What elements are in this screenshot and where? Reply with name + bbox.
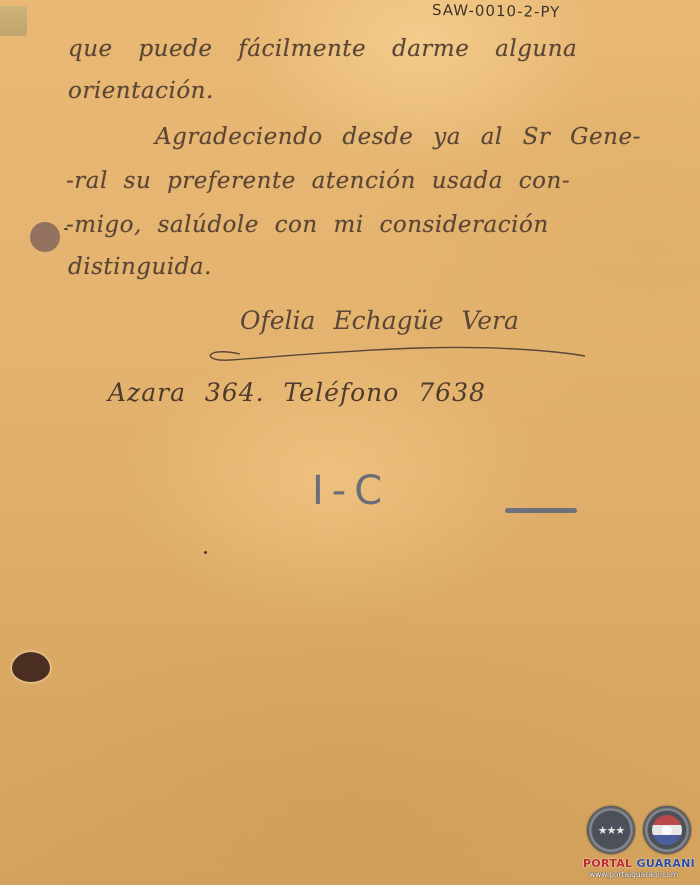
archive-code-label: SAW-0010-2-PY bbox=[432, 1, 561, 21]
pencil-annotation: I-C bbox=[312, 468, 390, 514]
signature: Ofelia Echagüe Vera bbox=[240, 306, 519, 335]
watermark-title-guarani: GUARANI bbox=[637, 857, 696, 870]
address-line: Azara 364. Teléfono 7638 bbox=[108, 378, 486, 407]
watermark-url: www.portalguarani.com bbox=[589, 870, 698, 879]
pencil-annotation-dash bbox=[505, 508, 577, 513]
letter-line-5: -migo, salúdole con mi consideración bbox=[66, 212, 549, 238]
watermark-seals: ★★★ bbox=[587, 806, 698, 854]
paper-speck bbox=[204, 551, 207, 554]
flag-map-icon bbox=[652, 815, 682, 845]
paraguay-flag-seal-icon bbox=[643, 806, 691, 854]
seal-stars: ★★★ bbox=[598, 824, 625, 837]
letter-line-1: que puede fácilmente darme alguna bbox=[68, 36, 577, 62]
letter-line-4: -ral su preferente atención usada con- bbox=[66, 168, 570, 194]
letter-line-2: orientación. bbox=[68, 78, 214, 104]
stars-seal-icon: ★★★ bbox=[587, 806, 635, 854]
punch-hole-upper bbox=[30, 222, 60, 252]
watermark-title: PORTAL GUARANI bbox=[583, 857, 698, 870]
watermark-title-portal: PORTAL bbox=[583, 857, 632, 870]
signature-flourish-icon bbox=[200, 340, 590, 364]
letter-line-6: distinguida. bbox=[68, 254, 212, 280]
portal-guarani-watermark: ★★★ PORTAL GUARANI www.portalguarani.com bbox=[583, 806, 698, 884]
paper-tab-strip bbox=[0, 6, 27, 36]
punch-hole-lower bbox=[12, 652, 50, 682]
paper-speck bbox=[64, 228, 68, 230]
letter-line-3: Agradeciendo desde ya al Sr Gene- bbox=[155, 124, 641, 150]
